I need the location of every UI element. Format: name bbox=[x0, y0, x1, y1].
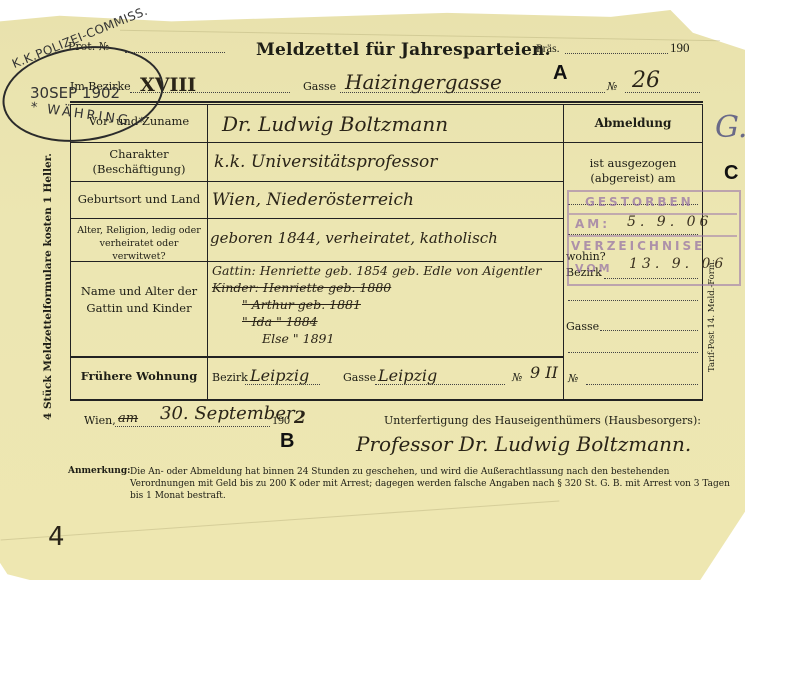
marker-b: B bbox=[280, 430, 294, 453]
stamp-line-gestorben: GESTORBEN bbox=[585, 195, 694, 209]
table-top-rule-2 bbox=[70, 104, 703, 105]
value-family: Gattin: Henriette geb. 1854 geb. Edle vo… bbox=[212, 262, 562, 347]
prev-gasse-label: Gasse bbox=[343, 371, 376, 384]
row-separator bbox=[70, 142, 564, 143]
value-name: Dr. Ludwig Boltzmann bbox=[222, 112, 448, 136]
margin-mark-g: G. bbox=[715, 110, 747, 145]
prev-bezirk-label: Bezirk bbox=[212, 371, 248, 384]
row-separator bbox=[70, 218, 564, 219]
date-struck: am bbox=[118, 411, 138, 426]
table-top-rule bbox=[70, 101, 703, 103]
prev-number-label: № bbox=[512, 371, 522, 384]
row-label-family: Name und Alter der Gattin und Kinder bbox=[78, 283, 200, 317]
year-printed: 190 bbox=[272, 413, 290, 428]
family-line-spouse: Gattin: Henriette geb. 1854 geb. Edle vo… bbox=[212, 262, 562, 279]
year-hand: 2 bbox=[294, 408, 306, 428]
abmeldung-dotline bbox=[568, 300, 698, 301]
number-dotline bbox=[625, 92, 700, 93]
margin-mark-4: 4 bbox=[48, 522, 65, 552]
signature-label: Unterfertigung des Hauseigenthümers (Hau… bbox=[384, 414, 701, 427]
document-title: Meldzettel für Jahresparteien. bbox=[256, 40, 551, 60]
family-line-child: Else " 1891 bbox=[212, 330, 562, 347]
table-bottom-rule bbox=[70, 399, 703, 401]
prot-dotline bbox=[125, 52, 225, 53]
side-note-tariff: Tarif-Post 14. Meld.-Form. bbox=[707, 259, 717, 372]
gasse-dotline bbox=[340, 92, 605, 93]
date-dotline bbox=[115, 426, 270, 427]
marker-c: C bbox=[724, 162, 738, 185]
abmeldung-text: ist ausgezogen (abgereist) am bbox=[570, 156, 696, 186]
row-separator bbox=[70, 356, 564, 358]
family-line-child: " Arthur geb. 1881 bbox=[212, 296, 562, 313]
family-line-child: " Ida " 1884 bbox=[212, 313, 562, 330]
row-label-age-religion: Alter, Religion, ledig oder verheiratet … bbox=[72, 224, 206, 263]
marker-a: A bbox=[553, 62, 567, 85]
stamp-verzeichnis: VERZEICHNISE bbox=[571, 239, 705, 253]
value-birthplace: Wien, Niederösterreich bbox=[212, 190, 414, 210]
row-separator bbox=[70, 181, 564, 182]
number-label: № bbox=[607, 80, 617, 93]
note-text: Die An- oder Abmeldung hat binnen 24 Stu… bbox=[130, 466, 730, 502]
abmeldung-gasse-label: Gasse bbox=[566, 320, 599, 333]
stamp-death-date: 5. 9. 06 bbox=[627, 214, 712, 230]
prev-gasse-value: Leipzig bbox=[378, 366, 437, 385]
abmeldung-header-separator bbox=[564, 142, 702, 143]
police-stamp-date: 30SEP 1902 bbox=[30, 84, 120, 102]
praes-dotline bbox=[565, 53, 668, 54]
prev-bezirk-value: Leipzig bbox=[250, 366, 309, 385]
side-note-price: 4 Stück Meldzettelformulare kosten 1 Hel… bbox=[42, 153, 54, 420]
signature-value: Professor Dr. Ludwig Boltzmann. bbox=[356, 432, 691, 456]
praes-year: 190 bbox=[670, 40, 690, 56]
abmeldung-number-label: № bbox=[568, 372, 578, 385]
row-label-occupation: Charakter (Beschäftigung) bbox=[72, 147, 206, 177]
stamp-vom-label: VOM bbox=[575, 262, 613, 275]
stamp-am-label: AM: bbox=[575, 217, 610, 231]
abmeldung-gasse-dotline bbox=[600, 330, 698, 331]
abmeldung-header: Abmeldung bbox=[564, 116, 702, 131]
abmeldung-number-dotline bbox=[586, 384, 698, 385]
gasse-value: Haizingergasse bbox=[345, 70, 502, 94]
value-occupation: k.k. Universitätsprofessor bbox=[214, 152, 437, 172]
gasse-label: Gasse bbox=[303, 80, 336, 93]
place-label: Wien, bbox=[84, 414, 116, 427]
praes-label: Präs. bbox=[536, 41, 560, 56]
prev-bezirk-dotline bbox=[245, 384, 320, 385]
number-value: 26 bbox=[632, 68, 660, 93]
note-label: Anmerkung: bbox=[68, 466, 130, 476]
prev-number-value: 9 II bbox=[530, 363, 558, 382]
row-label-previous-residence: Frühere Wohnung bbox=[72, 369, 206, 384]
stamp-divider bbox=[569, 235, 737, 237]
row-label-birthplace: Geburtsort und Land bbox=[72, 192, 206, 207]
abmeldung-dotline bbox=[568, 352, 698, 353]
value-age-religion: geboren 1844, verheiratet, katholisch bbox=[210, 229, 498, 247]
family-line-child: Kinder: Henriette geb. 1880 bbox=[212, 279, 562, 296]
prev-gasse-dotline bbox=[375, 384, 505, 385]
